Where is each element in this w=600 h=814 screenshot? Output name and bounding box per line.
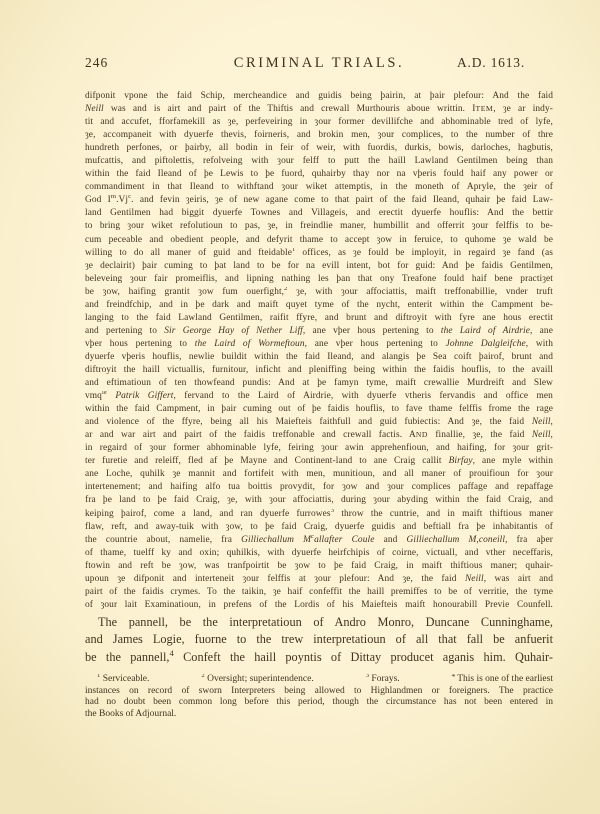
body-text-line: and pertening to Sir George Hay of Nethe… [85,326,553,339]
footnote-entry: 4 This is one of the earliest [452,674,553,686]
body-text-line: hundreth perfones, or þairby, all bodin … [85,143,553,156]
verdict-text-line: The pannell, be the interpretatioun of A… [85,615,553,632]
body-text-line: ftowin and reft be ȝow, was tranfpoirtit… [85,561,553,574]
body-text-line: intertenement; and haifing alfo tua boit… [85,482,553,495]
body-text-line: beleveing ȝour fair promeiflis, and lipn… [85,274,553,287]
body-text-line: flaw, reft, and away-tuik with ȝow, to þ… [85,522,553,535]
book-page: 246 CRIMINAL TRIALS. A.D. 1613. difponit… [0,0,600,814]
footnotes: 1 Serviceable.2 Oversight; superintenden… [85,674,553,721]
footnote-text-line: had no doubt been common long before thi… [85,697,553,709]
body-text-line: cum peceable and obedient people, and de… [85,235,553,248]
verdict-paragraph: The pannell, be the interpretatioun of A… [85,615,553,667]
body-text-line: to bring ȝour wiket refolutioun to pas, … [85,221,553,234]
running-title: CRIMINAL TRIALS. [195,55,443,72]
body-text-line: commandiment in that Ileand to withftand… [85,182,553,195]
body-text-line: and freindfchip, and in þe dark and maif… [85,300,553,313]
body-text-line: the countrie about, namelie, fra Gilliec… [85,535,553,548]
body-text-line: willing to do all maner of guid and ftei… [85,248,553,261]
dittay-body-text: difponit vpone the faid Schip, mercheand… [85,91,553,613]
body-text-line: within the faid Ileand of þe Lewis to þe… [85,169,553,182]
body-text-line: of thame, tuelff ky and oxin; quhilkis, … [85,548,553,561]
footnote-text-line: instances on record of sworn Interpreter… [85,686,553,698]
body-text-line: vþer hous pertening to the Laird of Worm… [85,339,553,352]
footnote-entries-row: 1 Serviceable.2 Oversight; superintenden… [85,674,553,686]
body-text-line: diftroyit the haill victuallis, furnitou… [85,365,553,378]
body-text-line: God Im.Vjc. and fevin ȝeiris, ȝe of new … [85,195,553,208]
body-text-line: langing to the faid Lawland Gentilmen, r… [85,313,553,326]
footnote-entry: 3 Forays. [366,674,400,686]
body-text-line: ȝe, accompaneit with dyuerfe thevis, foi… [85,130,553,143]
page-number: 246 [85,55,195,71]
footnote-entry: 1 Serviceable. [97,674,149,686]
body-text-line: ar and war airt and pairt of the faidis … [85,430,553,443]
body-text-line: ter furetie and releiff, fled af þe Mayn… [85,456,553,469]
footnote-continuation: instances on record of sworn Interpreter… [85,686,553,721]
body-text-line: difponit vpone the faid Schip, mercheand… [85,91,553,104]
body-text-line: of ȝour lait Examinatioun, in prefens of… [85,600,553,613]
verdict-text-line: be the pannell,4 Confeft the haill poynt… [85,650,553,667]
body-text-line: tit and accufet, fforfamekill as ȝe, per… [85,117,553,130]
body-text-line: and violence of the ffyre, being all his… [85,417,553,430]
body-text-line: ane Loche, quhilk ȝe mannit and fortifei… [85,469,553,482]
body-text-line: Neill was and is airt and pairt of the T… [85,104,553,117]
body-text-line: keiping þairof, come a land, and ran dyu… [85,509,553,522]
body-text-line: vmqle Patrik Giffert, fervand to the Lai… [85,391,553,404]
body-text-line: fra þe land to þe faid Craig, ȝe, with ȝ… [85,495,553,508]
header-date: A.D. 1613. [443,55,553,71]
body-text-line: and eftimatioun of ten thowfeand pundis:… [85,378,553,391]
body-text-line: pairt of the faidis crymes. To the taiki… [85,587,553,600]
body-text-line: ȝe declairit) þair cuming to þat land to… [85,261,553,274]
body-text-line: land Gentilmen had biggit dyuerfe Townes… [85,208,553,221]
body-text-line: upoun ȝe difponit and interteneit ȝour f… [85,574,553,587]
footnote-text-line: the Books of Adjournal. [85,709,553,721]
body-text-line: in regaird of ȝour former abhominable ly… [85,443,553,456]
verdict-text-line: and James Logie, fuorne to the trew inte… [85,632,553,649]
body-text-line: dyuerfe vþeris houflis, newlie buildit w… [85,352,553,365]
body-text-line: mufcattis, and piftolettis, refolveing w… [85,156,553,169]
footnote-entry: 2 Oversight; superintendence. [201,674,313,686]
page-header: 246 CRIMINAL TRIALS. A.D. 1613. [85,55,553,73]
body-text-line: within the faid Campment, in þair cuming… [85,404,553,417]
body-text-line: be ȝow, haifing grantit ȝow fum ouerfigh… [85,287,553,300]
